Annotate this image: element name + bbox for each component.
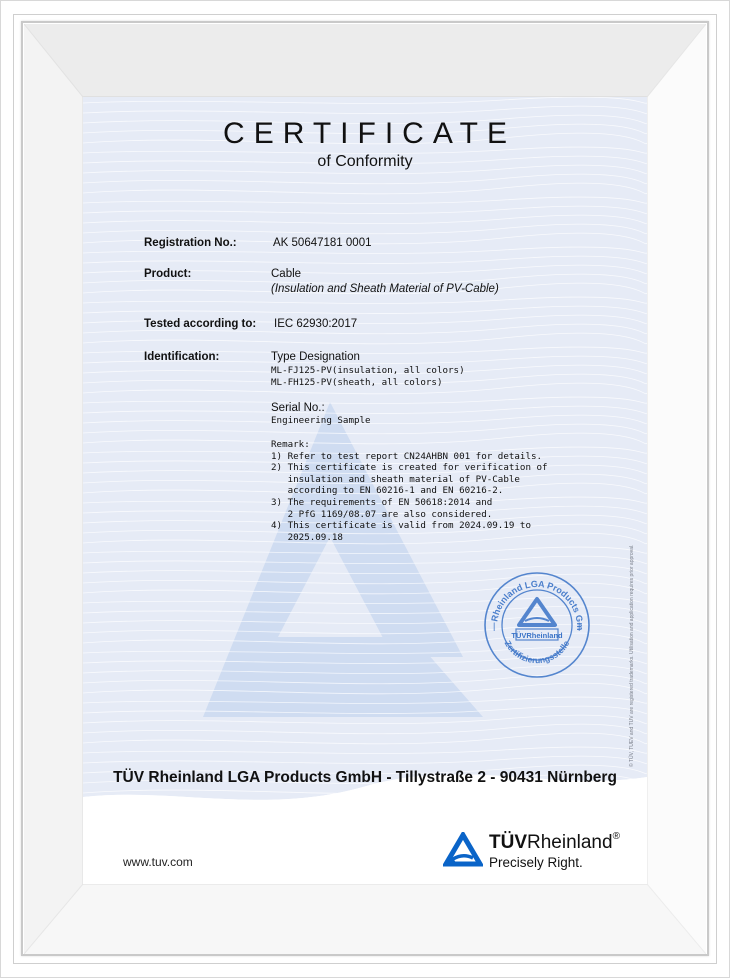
logo-brand-name: TÜVRheinland® (489, 832, 620, 854)
product-detail: (Insulation and Sheath Material of PV-Ca… (271, 283, 499, 295)
logo-slogan: Precisely Right. (489, 855, 583, 870)
remark-line: 2025.09.18 (271, 532, 548, 544)
remark-line: according to EN 60216-1 and EN 60216-2. (271, 485, 548, 497)
logo-brand-bold: TÜV (489, 832, 527, 853)
tuv-triangle-icon (443, 832, 483, 868)
issuer-address: TÜV Rheinland LGA Products GmbH - Tillys… (83, 769, 647, 787)
product-label: Product: (144, 268, 191, 280)
registration-value: AK 50647181 0001 (273, 237, 371, 249)
remark-label: Remark: (271, 439, 548, 451)
tested-label: Tested according to: (144, 318, 256, 330)
svg-text:Zertifizierungsstelle: Zertifizierungsstelle (503, 639, 572, 666)
serial-value: Engineering Sample (271, 415, 371, 427)
trademark-note: © TÜV, TUEV and TUV are registered trade… (629, 545, 635, 768)
remark-line: 2 PfG 1169/08.07 are also considered. (271, 509, 548, 521)
remark-line: insulation and sheath material of PV-Cab… (271, 474, 548, 486)
registration-label: Registration No.: (144, 237, 237, 249)
official-stamp: TÜV Rheinland LGA Products GmbH Zertifiz… (481, 569, 593, 686)
certificate-title: CERTIFICATE (83, 117, 647, 151)
svg-text:TÜV Rheinland LGA Products Gmb: TÜV Rheinland LGA Products GmbH (481, 569, 585, 631)
product-value: Cable (271, 268, 301, 280)
type-designation-2: ML-FH125-PV(sheath, all colors) (271, 377, 442, 389)
logo-brand-regular: Rheinland (527, 832, 613, 853)
svg-text:|: | (493, 621, 495, 631)
certificate-paper: CERTIFICATE of Conformity Registration N… (83, 97, 647, 884)
website-link[interactable]: www.tuv.com (123, 855, 193, 869)
remark-line: 3) The requirements of EN 50618:2014 and (271, 497, 548, 509)
remark-line: 1) Refer to test report CN24AHBN 001 for… (271, 451, 548, 463)
certificate-subtitle: of Conformity (83, 153, 647, 171)
remark-line: 4) This certificate is valid from 2024.0… (271, 520, 548, 532)
tested-value: IEC 62930:2017 (274, 318, 357, 330)
registered-mark: ® (613, 831, 620, 842)
serial-label: Serial No.: (271, 402, 325, 414)
tuv-rheinland-logo: TÜVRheinland® Precisely Right. (443, 830, 643, 880)
remarks-block: Remark: 1) Refer to test report CN24AHBN… (271, 439, 548, 543)
svg-text:TÜVRheinland: TÜVRheinland (511, 631, 563, 640)
identification-label: Identification: (144, 351, 219, 363)
remark-line: 2) This certificate is created for verif… (271, 462, 548, 474)
type-designation-1: ML-FJ125-PV(insulation, all colors) (271, 365, 465, 377)
svg-text:|: | (578, 621, 580, 631)
type-designation-label: Type Designation (271, 351, 360, 363)
